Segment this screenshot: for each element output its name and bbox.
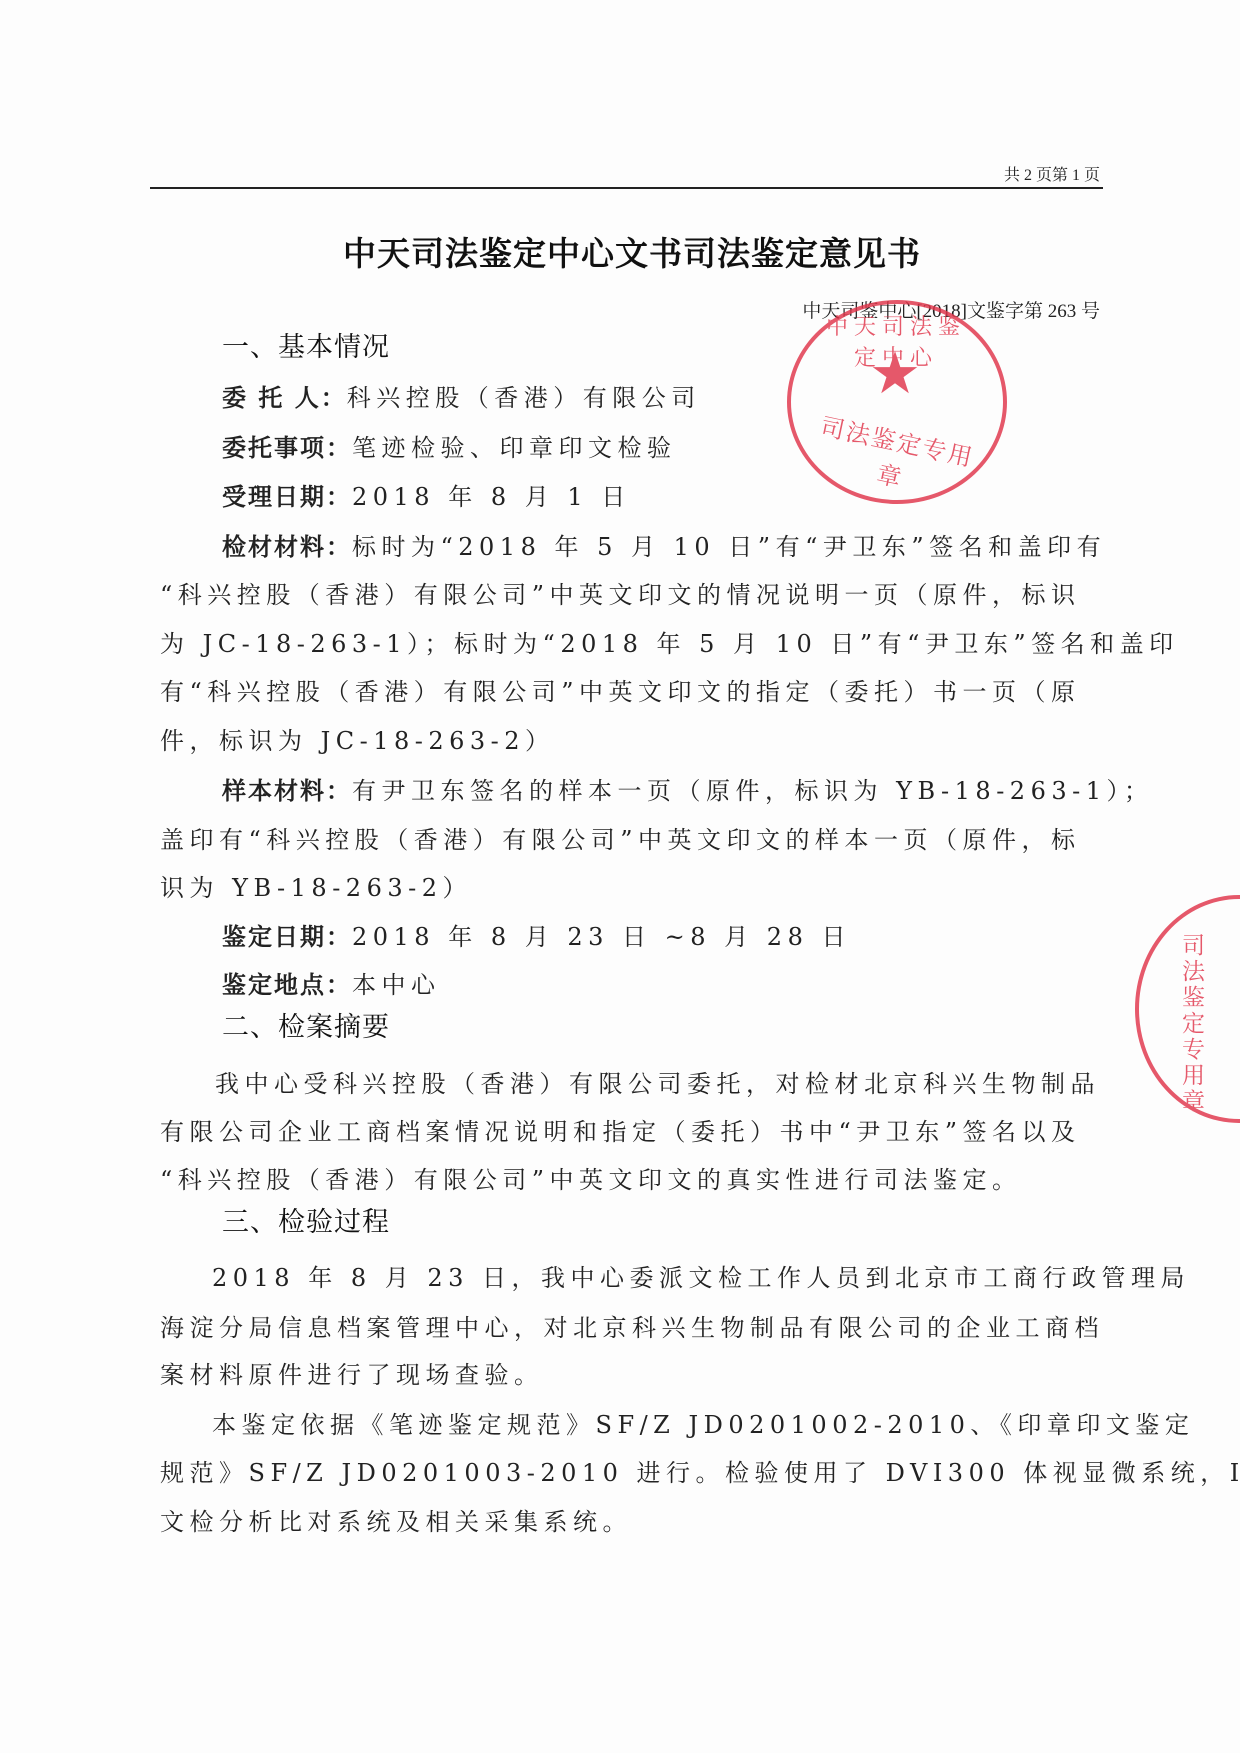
exam-material-label: 检材材料： xyxy=(222,533,352,561)
page-count: 共 2 页第 1 页 xyxy=(1004,162,1100,185)
sample-material-row: 样本材料：有尹卫东签名的样本一页（原件，标识为 YB-18-263-1）； xyxy=(222,771,1152,806)
client-label: 委 托 人： xyxy=(222,384,347,412)
client-value: 科兴控股（香港）有限公司 xyxy=(347,384,701,412)
section-heading-exam-process: 三、检验过程 xyxy=(222,1200,390,1239)
matter-label: 委托事项： xyxy=(222,434,352,462)
margin-seal-text: 司法鉴定专用章 xyxy=(1175,933,1208,1115)
matter-value: 笔迹检验、印章印文检验 xyxy=(352,434,677,462)
sample-material-line: 识为 YB-18-263-2） xyxy=(160,868,1090,903)
accept-date-label: 受理日期： xyxy=(222,483,352,511)
exam-process-line: 文检分析比对系统及相关采集系统。 xyxy=(160,1502,1090,1537)
document-page: 共 2 页第 1 页 中天司法鉴定中心文书司法鉴定意见书 中天司鉴中心[2018… xyxy=(0,0,1240,1753)
case-summary-line: “科兴控股（香港）有限公司”中英文印文的真实性进行司法鉴定。 xyxy=(160,1160,1090,1195)
exam-material-line: 件，标识为 JC-18-263-2） xyxy=(160,721,1090,756)
matter-row: 委托事项：笔迹检验、印章印文检验 xyxy=(222,428,1152,463)
exam-process-line: 2018 年 8 月 23 日，我中心委派文检工作人员到北京市工商行政管理局 xyxy=(212,1258,1142,1293)
exam-material-line: “科兴控股（香港）有限公司”中英文印文的情况说明一页（原件，标识 xyxy=(160,575,1090,610)
accept-date-value: 2018 年 8 月 1 日 xyxy=(352,483,631,511)
appraisal-place-row: 鉴定地点：本中心 xyxy=(222,965,1152,1000)
star-icon: ★ xyxy=(869,344,921,402)
sample-material-line: 盖印有“科兴控股（香港）有限公司”中英文印文的样本一页（原件，标 xyxy=(160,820,1090,855)
appraisal-date-label: 鉴定日期： xyxy=(222,923,352,951)
exam-process-line: 本鉴定依据《笔迹鉴定规范》SF/Z JD0201002-2010、《印章印文鉴定 xyxy=(212,1405,1142,1440)
exam-process-line: 案材料原件进行了现场查验。 xyxy=(160,1355,1090,1390)
exam-material-row: 检材材料：标时为“2018 年 5 月 10 日”有“尹卫东”签名和盖印有 xyxy=(222,527,1152,562)
document-title: 中天司法鉴定中心文书司法鉴定意见书 xyxy=(0,228,1240,275)
official-seal-stamp: 中天司法鉴定中心 ★ 司法鉴定专用章 xyxy=(787,300,1007,504)
exam-material-line: 标时为“2018 年 5 月 10 日”有“尹卫东”签名和盖印有 xyxy=(352,533,1106,561)
exam-process-line: 海淀分局信息档案管理中心，对北京科兴生物制品有限公司的企业工商档 xyxy=(160,1308,1090,1343)
case-summary-line: 有限公司企业工商档案情况说明和指定（委托）书中“尹卫东”签名以及 xyxy=(160,1112,1090,1147)
appraisal-place-value: 本中心 xyxy=(352,971,441,999)
section-heading-case-summary: 二、检案摘要 xyxy=(222,1005,390,1044)
exam-material-line: 为 JC-18-263-1）；标时为“2018 年 5 月 10 日”有“尹卫东… xyxy=(160,624,1090,659)
appraisal-date-row: 鉴定日期：2018 年 8 月 23 日 ~8 月 28 日 xyxy=(222,917,1152,952)
section-heading-basic-info: 一、基本情况 xyxy=(222,325,390,364)
case-summary-line: 我中心受科兴控股（香港）有限公司委托，对检材北京科兴生物制品 xyxy=(215,1064,1145,1099)
exam-process-line: 规范》SF/Z JD0201003-2010 进行。检验使用了 DVI300 体… xyxy=(160,1453,1090,1488)
accept-date-row: 受理日期：2018 年 8 月 1 日 xyxy=(222,477,1152,512)
sample-material-label: 样本材料： xyxy=(222,777,352,805)
exam-material-line: 有“科兴控股（香港）有限公司”中英文印文的指定（委托）书一页（原 xyxy=(160,672,1090,707)
client-row: 委 托 人：科兴控股（香港）有限公司 xyxy=(222,378,1152,413)
appraisal-place-label: 鉴定地点： xyxy=(222,971,352,999)
appraisal-date-value: 2018 年 8 月 23 日 ~8 月 28 日 xyxy=(352,923,851,951)
header-divider xyxy=(150,187,1103,189)
sample-material-line: 有尹卫东签名的样本一页（原件，标识为 YB-18-263-1）； xyxy=(352,777,1154,805)
